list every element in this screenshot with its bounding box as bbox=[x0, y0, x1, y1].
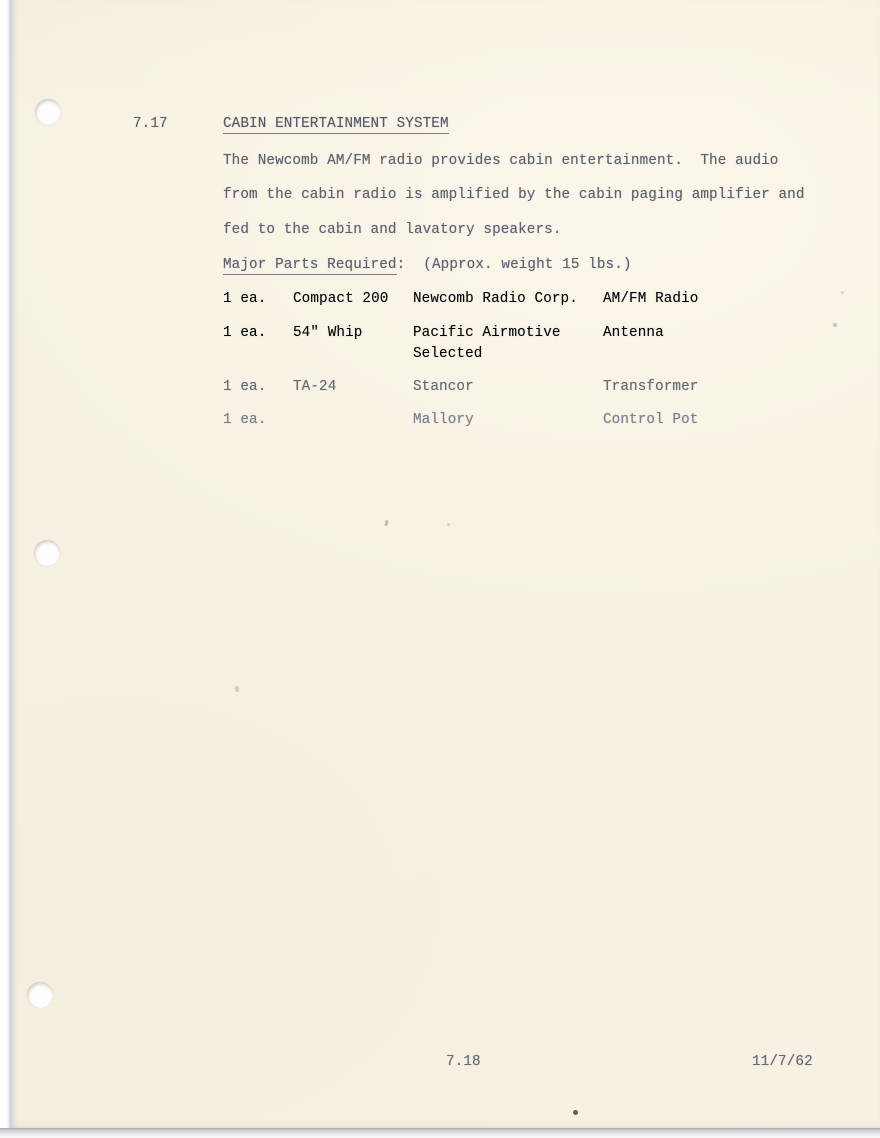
paragraph-line-1: The Newcomb AM/FM radio provides cabin e… bbox=[223, 152, 779, 171]
scan-bottom-edge bbox=[0, 1128, 880, 1138]
parts-list-weight-note: (Approx. weight 15 lbs.) bbox=[423, 257, 631, 273]
scan-left-edge bbox=[0, 0, 11, 1138]
parts-list-header: Major Parts Required:(Approx. weight 15 … bbox=[223, 256, 632, 275]
parts-table-row: 1 ea. TA-24 Stancor Transformer bbox=[223, 377, 823, 399]
row-part-number: 54" Whip bbox=[293, 323, 362, 344]
parts-table-row: 1 ea. 54" Whip Pacific Airmotive Selecte… bbox=[223, 323, 823, 345]
paper-speck bbox=[447, 523, 450, 526]
paragraph-line-2: from the cabin radio is amplified by the… bbox=[223, 186, 805, 205]
row-manufacturer: Pacific Airmotive Selected bbox=[413, 323, 598, 364]
row-manufacturer: Newcomb Radio Corp. bbox=[413, 289, 598, 310]
row-quantity: 1 ea. bbox=[223, 289, 266, 310]
row-description: Transformer bbox=[603, 377, 698, 398]
row-description: AM/FM Radio bbox=[603, 289, 698, 310]
row-quantity: 1 ea. bbox=[223, 323, 266, 344]
footer-date: 11/7/62 bbox=[752, 1053, 813, 1072]
section-heading: CABIN ENTERTAINMENT SYSTEM bbox=[223, 115, 449, 134]
paper-speck bbox=[833, 323, 837, 327]
parts-list-header-colon: : bbox=[397, 257, 406, 273]
row-part-number: TA-24 bbox=[293, 377, 336, 398]
footer-page-number: 7.18 bbox=[446, 1053, 481, 1072]
punch-hole-middle bbox=[34, 540, 60, 566]
row-part-number: Compact 200 bbox=[293, 289, 388, 310]
punch-hole-top bbox=[35, 99, 61, 125]
parts-list-header-label: Major Parts Required bbox=[223, 257, 397, 275]
row-manufacturer: Stancor bbox=[413, 377, 598, 398]
paper-speck bbox=[235, 686, 240, 693]
row-quantity: 1 ea. bbox=[223, 410, 266, 431]
section-heading-text: CABIN ENTERTAINMENT SYSTEM bbox=[223, 116, 449, 134]
paper-speck bbox=[573, 1110, 578, 1115]
section-number: 7.17 bbox=[133, 115, 168, 134]
row-description: Control Pot bbox=[603, 410, 698, 431]
parts-table-row: 1 ea. Mallory Control Pot bbox=[223, 410, 823, 432]
parts-table-row: 1 ea. Compact 200 Newcomb Radio Corp. AM… bbox=[223, 289, 823, 311]
scanned-document-page: 7.17 CABIN ENTERTAINMENT SYSTEM The Newc… bbox=[0, 0, 880, 1138]
paper-speck bbox=[841, 291, 844, 294]
row-manufacturer: Mallory bbox=[413, 410, 598, 431]
paragraph-line-3: fed to the cabin and lavatory speakers. bbox=[223, 221, 562, 240]
row-description: Antenna bbox=[603, 323, 664, 344]
row-quantity: 1 ea. bbox=[223, 377, 266, 398]
punch-hole-bottom bbox=[27, 982, 53, 1008]
